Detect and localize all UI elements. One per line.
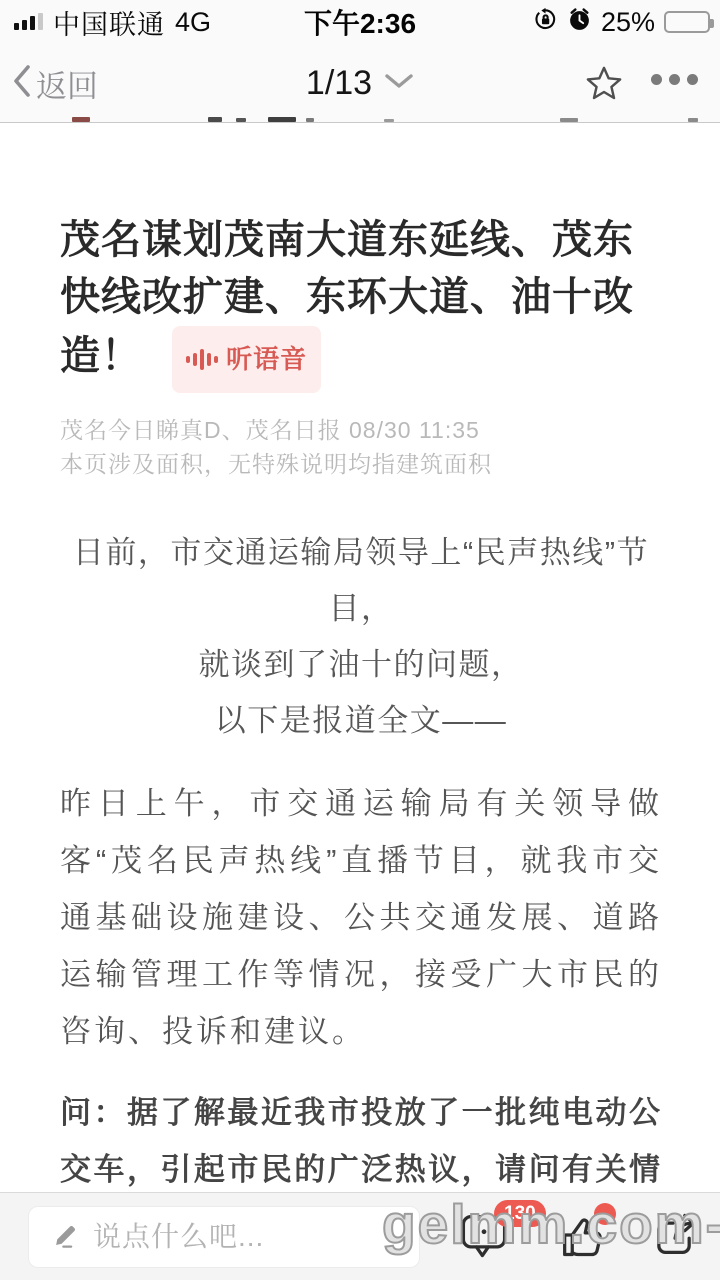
favorite-star-button[interactable] [584,64,624,104]
comments-button[interactable]: 130 [458,1209,512,1265]
navigation-bar: 返回 1/13 [0,44,720,123]
question-paragraph: 问：据了解最近我市投放了一批纯电动公交车，引起市民的广泛热议，请问有关情况是怎样… [60,1084,662,1192]
share-forward-icon [648,1209,700,1261]
star-icon [584,64,624,104]
page-indicator: 1/13 [306,64,372,103]
clipped-text-fragment [306,118,314,122]
share-button[interactable] [648,1209,702,1265]
article-byline: 茂名今日睇真D、茂名日报 08/30 11:35 [60,413,662,447]
pencil-icon [51,1220,81,1255]
clipped-text-fragment [268,117,296,122]
chevron-down-icon [384,72,414,95]
intro-line: 以下是报道全文—— [60,693,662,749]
intro-line: 日前，市交通运输局领导上“民声热线”节目， [60,525,662,637]
bottom-toolbar: 130 [0,1192,720,1280]
orientation-lock-icon [533,7,558,37]
like-count-badge [594,1203,616,1225]
comment-count-badge: 130 [494,1200,546,1227]
clipped-text-fragment [688,118,698,122]
clipped-text-fragment [560,118,578,122]
more-options-button[interactable] [651,74,698,85]
comment-input[interactable] [93,1221,393,1253]
battery-icon [664,11,710,33]
article-page: 茂名谋划茂南大道东延线、茂东快线改扩建、东环大道、油十改造！ 听语音 茂名今日睇… [0,124,720,1192]
status-bar: 中国联通 4G 下午2:36 25% [0,0,720,44]
clipped-text-fragment [72,117,90,122]
alarm-clock-icon [567,7,592,37]
listen-audio-button[interactable]: 听语音 [172,326,321,393]
battery-percent-label: 25% [601,7,655,38]
intro-paragraph: 日前，市交通运输局领导上“民声热线”节目， 就谈到了油十的问题， 以下是报道全文… [60,525,662,749]
phone-screen: 中国联通 4G 下午2:36 25% [0,0,720,1280]
like-button[interactable] [556,1209,610,1265]
listen-audio-label: 听语音 [226,331,307,388]
intro-line: 就谈到了油十的问题， [60,637,662,693]
body-paragraph: 昨日上午，市交通运输局有关领导做客“茂名民声热线”直播节目，就我市交通基础设施建… [60,775,662,1060]
article-note: 本页涉及面积，无特殊说明均指建筑面积 [60,447,662,481]
article-title: 茂名谋划茂南大道东延线、茂东快线改扩建、东环大道、油十改造！ 听语音 [60,212,662,393]
article-title-text: 茂名谋划茂南大道东延线、茂东快线改扩建、东环大道、油十改造！ [60,218,634,378]
comment-input-box[interactable] [28,1206,420,1268]
voice-wave-icon [186,348,218,372]
clipped-text-fragment [384,119,394,122]
clipped-text-fragment [236,118,246,122]
clipped-text-fragment [208,117,222,122]
